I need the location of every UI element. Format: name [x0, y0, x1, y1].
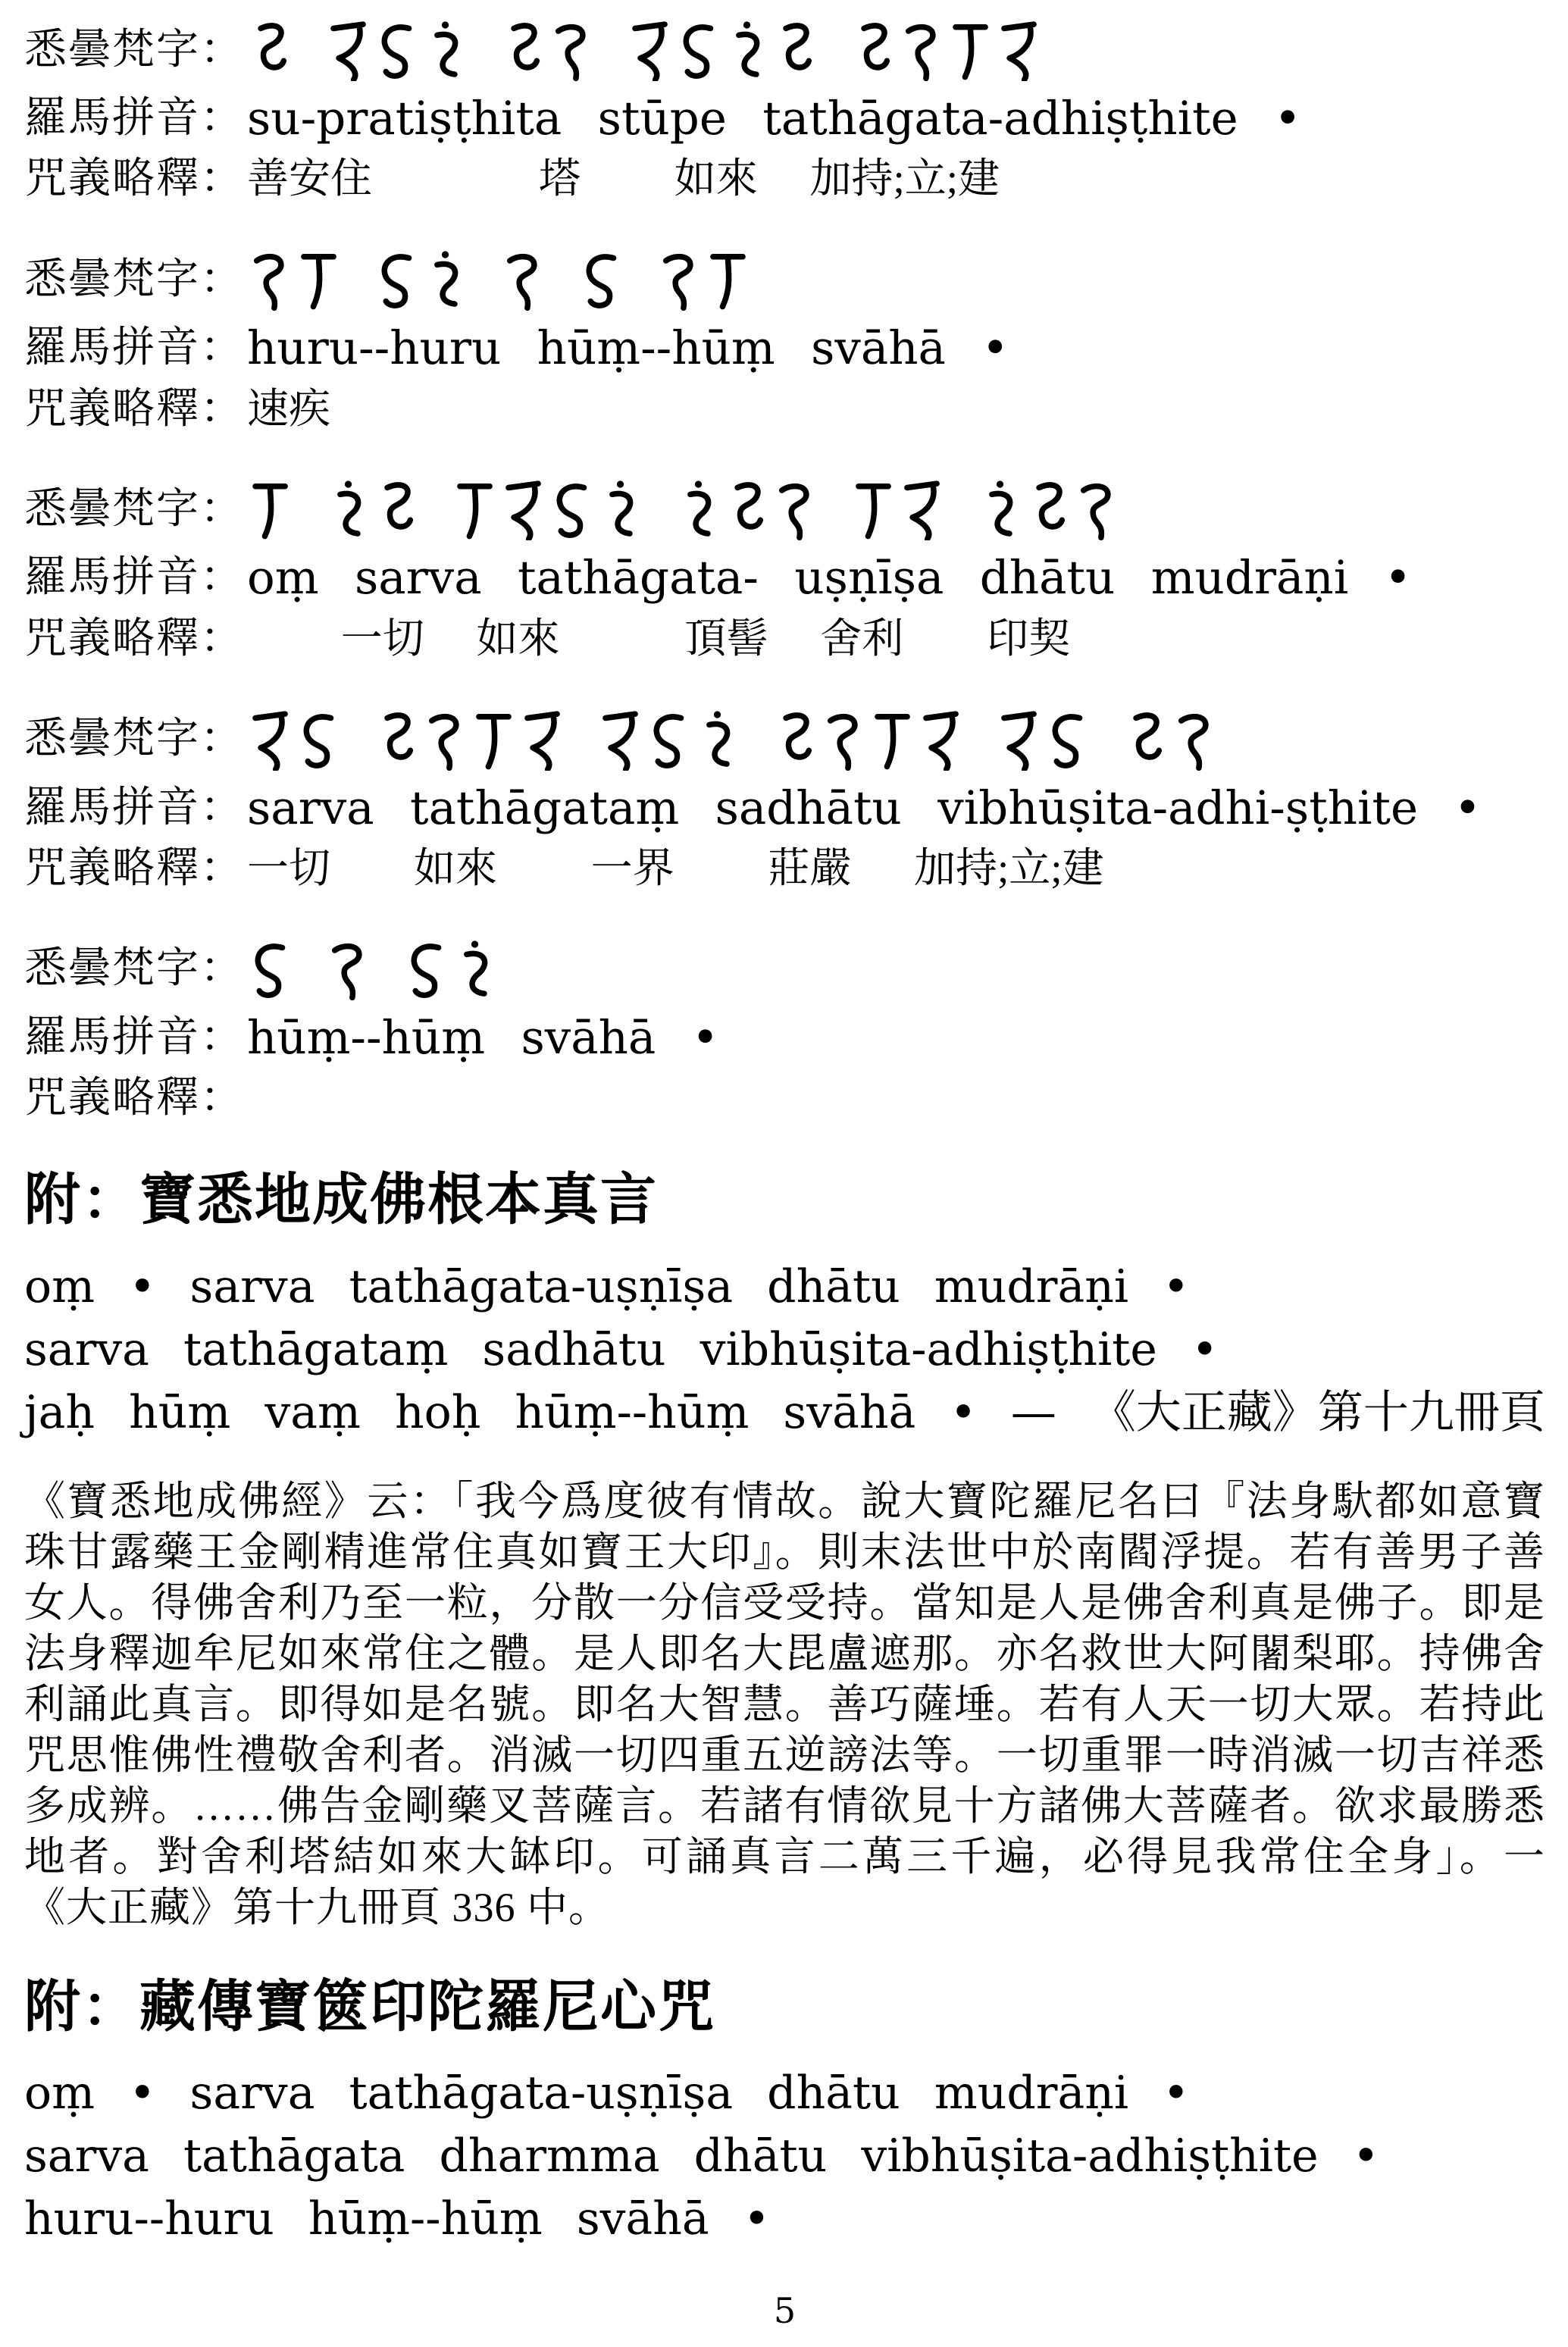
appendix-section-1: 附：寶悉地成佛根本真言 oṃ • sarva tathāgata-uṣṇīṣa …	[24, 1166, 1545, 1444]
gloss-row: 咒義略釋：	[24, 1071, 1545, 1126]
siddham-glyph	[852, 19, 895, 81]
siddham-glyph	[900, 478, 944, 540]
siddham-word	[327, 478, 418, 540]
gloss-label: 咒義略釋：	[24, 1071, 244, 1126]
siddham-word	[658, 249, 750, 311]
gloss-row: 咒義略釋： 一切 如來 頂髻 舍利 印契	[24, 612, 1545, 667]
siddham-glyph	[978, 478, 1022, 540]
romanization-text: hūṃ--hūṃ svāhā •	[247, 1010, 719, 1066]
mantra-block-1: 悉曇梵字： 羅馬拼音： su-pratiṣṭhita stūpe tathāga…	[24, 11, 1545, 207]
siddham-glyph	[1046, 709, 1089, 771]
siddham-glyph	[725, 478, 768, 540]
mantra-block-5: 悉曇梵字： 羅馬拼音： hūṃ--hūṃ svāhā • 咒義略釋：	[24, 930, 1545, 1126]
siddham-glyph	[375, 19, 418, 81]
siddham-label: 悉曇梵字：	[24, 23, 244, 78]
siddham-glyph	[647, 709, 690, 771]
roman-label: 羅馬拼音：	[24, 781, 244, 836]
siddham-glyph	[774, 709, 817, 771]
siddham-glyph	[1027, 478, 1070, 540]
siddham-script	[249, 249, 784, 311]
siddham-glyph	[628, 19, 671, 81]
siddham-row: 悉曇梵字：	[24, 700, 1545, 779]
siddham-script	[249, 19, 1075, 81]
mantra-line: sarva tathāgata dharmma dhātu vibhūṣita-…	[24, 2125, 1545, 2188]
gloss-row: 咒義略釋： 善安住 塔 如來 加持;立;建	[24, 152, 1545, 207]
siddham-word	[502, 249, 545, 311]
siddham-glyph	[774, 478, 817, 540]
siddham-word	[375, 249, 467, 311]
gloss-text: 一切 如來 一界 莊嚴 加持;立;建	[247, 841, 1104, 896]
siddham-word	[852, 478, 944, 540]
siddham-glyph	[1075, 478, 1119, 540]
page-number: 5	[24, 2290, 1545, 2331]
siddham-glyph	[550, 19, 593, 81]
siddham-word	[327, 19, 467, 81]
roman-label: 羅馬拼音：	[24, 550, 244, 606]
section-heading: 附：藏傳寶篋印陀羅尼心咒	[24, 1973, 1545, 2043]
siddham-glyph	[774, 19, 817, 81]
siddham-word	[677, 478, 817, 540]
siddham-word	[249, 709, 340, 771]
siddham-word	[405, 938, 496, 1000]
siddham-glyph	[405, 938, 448, 1000]
siddham-word	[249, 19, 292, 81]
siddham-glyph	[871, 709, 914, 771]
siddham-label: 悉曇梵字：	[24, 482, 244, 537]
siddham-glyph	[424, 709, 467, 771]
siddham-glyph	[375, 478, 418, 540]
siddham-label: 悉曇梵字：	[24, 712, 244, 767]
siddham-word	[1124, 709, 1216, 771]
roman-row: 羅馬拼音： su-pratiṣṭhita stūpe tathāgata-adh…	[24, 91, 1545, 147]
siddham-glyph	[472, 709, 515, 771]
siddham-word	[774, 709, 962, 771]
gloss-row: 咒義略釋： 一切 如來 一界 莊嚴 加持;立;建	[24, 841, 1545, 897]
siddham-glyph	[725, 19, 768, 81]
scanned-book-page: { "labels": { "siddham": "悉曇梵字：", "roman…	[0, 0, 1568, 2347]
siddham-glyph	[900, 19, 944, 81]
siddham-glyph	[852, 478, 895, 540]
siddham-glyph	[249, 478, 292, 540]
siddham-glyph	[599, 478, 642, 540]
siddham-script	[249, 938, 531, 1000]
siddham-word	[375, 709, 564, 771]
siddham-glyph	[375, 709, 418, 771]
siddham-glyph	[550, 478, 593, 540]
siddham-glyph	[249, 249, 292, 311]
mantra-block-4: 悉曇梵字： 羅馬拼音： sarva tathāgataṃ sadhātu vib…	[24, 700, 1545, 897]
siddham-glyph	[997, 709, 1041, 771]
siddham-glyph	[502, 249, 545, 311]
siddham-word	[327, 938, 370, 1000]
roman-row: 羅馬拼音： huru--huru hūṃ--hūṃ svāhā •	[24, 321, 1545, 377]
mantra-line: oṃ • sarva tathāgata-uṣṇīṣa dhātu mudrāṇ…	[24, 2062, 1545, 2125]
siddham-glyph	[327, 938, 370, 1000]
siddham-word	[502, 19, 593, 81]
siddham-glyph	[424, 249, 467, 311]
siddham-glyph	[919, 709, 962, 771]
gloss-label: 咒義略釋：	[24, 841, 244, 897]
romanization-text: huru--huru hūṃ--hūṃ svāhā •	[247, 321, 1009, 377]
gloss-label: 咒義略釋：	[24, 382, 244, 437]
siddham-glyph	[375, 249, 418, 311]
siddham-row: 悉曇梵字：	[24, 470, 1545, 549]
siddham-glyph	[997, 19, 1041, 81]
siddham-glyph	[249, 19, 292, 81]
siddham-glyph	[502, 478, 545, 540]
siddham-glyph	[249, 938, 292, 1000]
mantra-block-3: 悉曇梵字： 羅馬拼音： oṃ sarva tathāgata- uṣṇīṣa d…	[24, 470, 1545, 666]
romanization-text: su-pratiṣṭhita stūpe tathāgata-adhiṣṭhit…	[247, 91, 1301, 147]
siddham-word	[249, 938, 292, 1000]
siddham-glyph	[677, 478, 720, 540]
romanization-text: sarva tathāgataṃ sadhātu vibhūṣita-adhi-…	[247, 781, 1482, 837]
siddham-word	[599, 709, 739, 771]
siddham-glyph	[249, 709, 292, 771]
siddham-word	[997, 709, 1089, 771]
gloss-text: 速疾	[247, 382, 330, 437]
siddham-glyph	[599, 709, 642, 771]
siddham-word	[978, 478, 1119, 540]
roman-label: 羅馬拼音：	[24, 91, 244, 146]
siddham-glyph	[677, 19, 720, 81]
siddham-glyph	[696, 709, 739, 771]
siddham-row: 悉曇梵字：	[24, 11, 1545, 89]
mantra-line: oṃ • sarva tathāgata-uṣṇīṣa dhātu mudrāṇ…	[24, 1256, 1545, 1319]
siddham-glyph	[424, 19, 467, 81]
siddham-glyph	[453, 938, 496, 1000]
siddham-word	[249, 249, 340, 311]
siddham-label: 悉曇梵字：	[24, 941, 244, 997]
siddham-glyph	[822, 709, 865, 771]
siddham-row: 悉曇梵字：	[24, 930, 1545, 1009]
siddham-glyph	[297, 249, 340, 311]
gloss-label: 咒義略釋：	[24, 152, 244, 207]
roman-row: 羅馬拼音： sarva tathāgataṃ sadhātu vibhūṣita…	[24, 781, 1545, 837]
siddham-label: 悉曇梵字：	[24, 252, 244, 308]
siddham-glyph	[327, 19, 370, 81]
siddham-word	[453, 478, 642, 540]
siddham-glyph	[706, 249, 750, 311]
siddham-word	[852, 19, 1041, 81]
appendix-section-2: 附：藏傳寶篋印陀羅尼心咒 oṃ • sarva tathāgata-uṣṇīṣa…	[24, 1973, 1545, 2252]
mantra-line: huru--huru hūṃ--hūṃ svāhā •	[24, 2188, 1545, 2251]
mantra-block-2: 悉曇梵字： 羅馬拼音： huru--huru hūṃ--hūṃ svāhā • …	[24, 240, 1545, 437]
siddham-glyph	[1124, 709, 1167, 771]
siddham-glyph	[327, 478, 370, 540]
siddham-glyph	[297, 709, 340, 771]
siddham-glyph	[453, 478, 496, 540]
gloss-text: 一切 如來 頂髻 舍利 印契	[247, 612, 1070, 666]
mantra-line: sarva tathāgataṃ sadhātu vibhūṣita-adhiṣ…	[24, 1319, 1545, 1382]
siddham-script	[249, 478, 1153, 540]
siddham-glyph	[502, 19, 545, 81]
siddham-script	[249, 709, 1251, 771]
siddham-glyph	[1173, 709, 1216, 771]
roman-row: 羅馬拼音： hūṃ--hūṃ svāhā •	[24, 1010, 1545, 1066]
roman-row: 羅馬拼音： oṃ sarva tathāgata- uṣṇīṣa dhātu m…	[24, 550, 1545, 606]
siddham-row: 悉曇梵字：	[24, 240, 1545, 319]
siddham-word	[580, 249, 623, 311]
siddham-glyph	[658, 249, 701, 311]
roman-label: 羅馬拼音：	[24, 321, 244, 376]
siddham-word	[628, 19, 817, 81]
siddham-glyph	[521, 709, 564, 771]
roman-label: 羅馬拼音：	[24, 1010, 244, 1066]
section-heading: 附：寶悉地成佛根本真言	[24, 1166, 1545, 1236]
siddham-word	[249, 478, 292, 540]
gloss-label: 咒義略釋：	[24, 612, 244, 667]
siddham-glyph	[580, 249, 623, 311]
mantra-line-with-citation: jaḥ hūṃ vaṃ hoḥ hūṃ--hūṃ svāhā • — 《大正藏》…	[24, 1382, 1545, 1444]
romanization-text: oṃ sarva tathāgata- uṣṇīṣa dhātu mudrāṇi…	[247, 550, 1412, 606]
gloss-text: 善安住 塔 如來 加持;立;建	[247, 152, 1000, 206]
siddham-glyph	[949, 19, 992, 81]
sutra-quote-paragraph: 《寶悉地成佛經》云：「我今爲度彼有情故。說大寶陀羅尼名曰『法身馱都如意寶珠甘露藥…	[24, 1476, 1545, 1933]
gloss-row: 咒義略釋： 速疾	[24, 382, 1545, 437]
